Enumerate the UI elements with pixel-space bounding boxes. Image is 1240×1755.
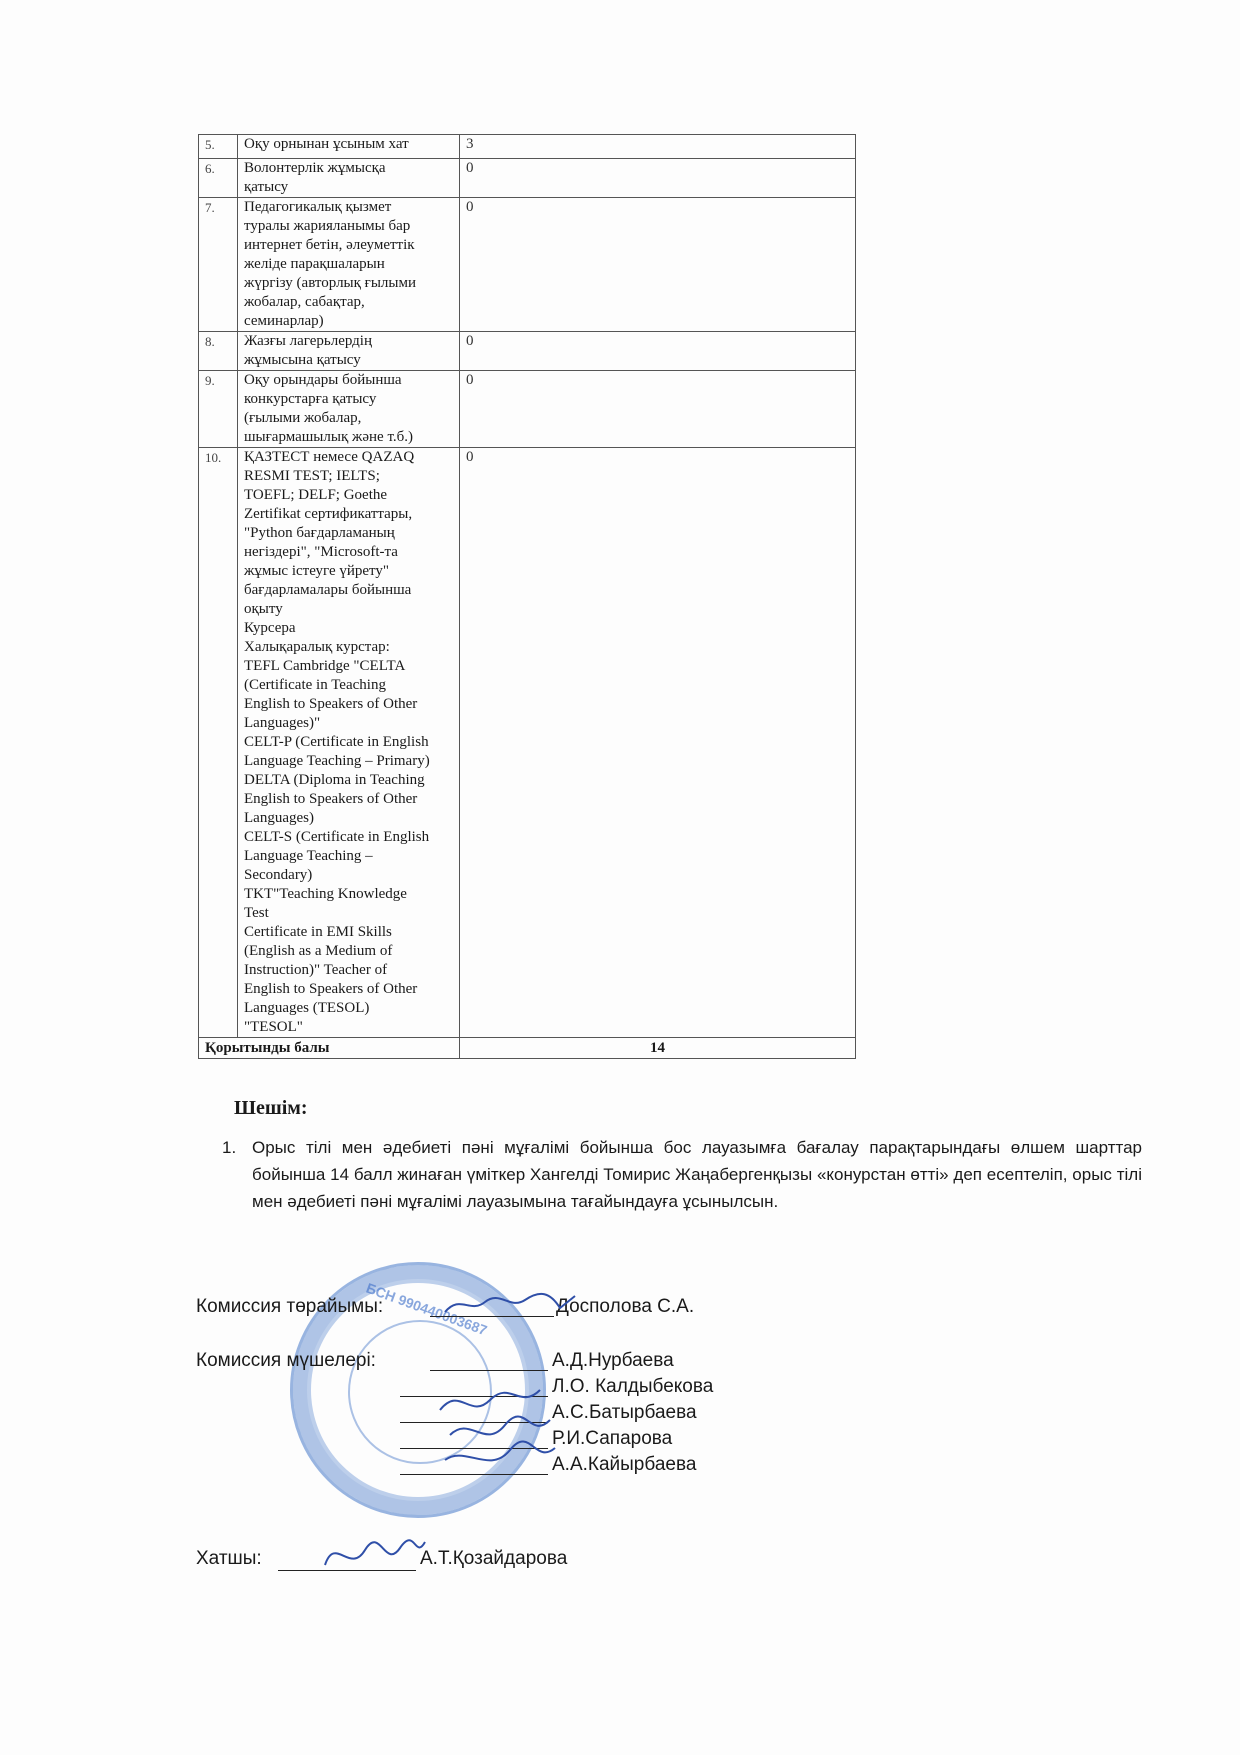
total-row: Қорытынды балы 14 <box>199 1038 856 1059</box>
member-name: Р.И.Сапарова <box>552 1428 672 1450</box>
table-row: 8. Жазғы лагерьлердің жұмысына қатысу 0 <box>199 332 856 371</box>
table-row: 10. ҚАЗТЕСТ немесе QAZAQRESMI TEST; IELT… <box>199 448 856 1038</box>
chair-signature-scribble <box>440 1284 580 1324</box>
decision-item-text: Орыс тілі мен әдебиеті пәні мұғалімі бой… <box>252 1134 1142 1215</box>
criterion-cell: Волонтерлік жұмысқа қатысу <box>238 159 460 198</box>
secretary-label: Хатшы: <box>196 1548 262 1570</box>
evaluation-table: 5. Оқу орнынан ұсыным хат 3 6. Волонтерл… <box>198 134 856 1059</box>
row-number: 8. <box>199 332 238 371</box>
table-row: 7. Педагогикалық қызмет туралы жарияланы… <box>199 198 856 332</box>
score-cell: 0 <box>460 159 856 198</box>
total-label: Қорытынды балы <box>199 1038 460 1059</box>
table-row: 5. Оқу орнынан ұсыным хат 3 <box>199 135 856 159</box>
member-name: А.А.Кайырбаева <box>552 1454 696 1476</box>
row-number: 10. <box>199 448 238 1038</box>
member-name: А.С.Батырбаева <box>552 1402 697 1424</box>
secretary-name: А.Т.Қозайдарова <box>420 1548 567 1570</box>
decision-title: Шешім: <box>234 1097 308 1120</box>
score-cell: 0 <box>460 332 856 371</box>
document-page: 5. Оқу орнынан ұсыным хат 3 6. Волонтерл… <box>0 0 1240 1755</box>
members-signature-scribbles <box>430 1380 560 1480</box>
score-cell: 0 <box>460 198 856 332</box>
row-number: 7. <box>199 198 238 332</box>
row-number: 5. <box>199 135 238 159</box>
decision-item: 1. Орыс тілі мен әдебиеті пәні мұғалімі … <box>222 1134 1142 1215</box>
chair-label: Комиссия төрайымы: <box>196 1296 383 1318</box>
score-cell: 3 <box>460 135 856 159</box>
score-cell: 0 <box>460 448 856 1038</box>
members-label: Комиссия мүшелері: <box>196 1350 376 1372</box>
criterion-cell: Педагогикалық қызмет туралы жарияланымы … <box>238 198 460 332</box>
table-row: 9. Оқу орындары бойынша конкурстарға қат… <box>199 371 856 448</box>
row-number: 6. <box>199 159 238 198</box>
total-value: 14 <box>460 1038 856 1059</box>
criterion-cell: Оқу орнынан ұсыным хат <box>238 135 460 159</box>
criterion-cell: Жазғы лагерьлердің жұмысына қатысу <box>238 332 460 371</box>
score-cell: 0 <box>460 371 856 448</box>
member-signature-line <box>430 1370 548 1371</box>
member-name: Л.О. Калдыбекова <box>552 1376 713 1398</box>
secretary-signature-scribble <box>320 1530 430 1580</box>
table-row: 6. Волонтерлік жұмысқа қатысу 0 <box>199 159 856 198</box>
criterion-cell: Оқу орындары бойынша конкурстарға қатысу… <box>238 371 460 448</box>
criterion-cell: ҚАЗТЕСТ немесе QAZAQRESMI TEST; IELTS;TO… <box>238 448 460 1038</box>
member-name: А.Д.Нурбаева <box>552 1350 674 1372</box>
row-number: 9. <box>199 371 238 448</box>
decision-item-index: 1. <box>222 1134 252 1215</box>
